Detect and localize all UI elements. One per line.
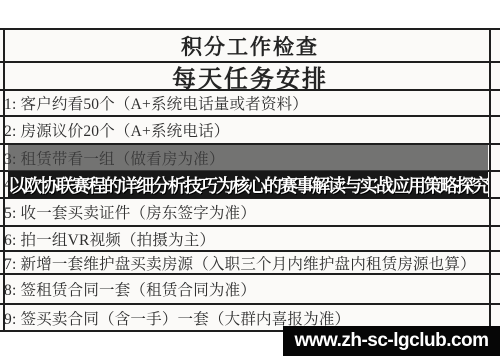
table-row: 2: 房源议价20个（A+系统电话） [0, 117, 500, 145]
table-row: 8: 签租赁合同一套（租赁合同为准） [0, 275, 500, 305]
table-subtitle-row: 每天任务安排 [0, 63, 500, 91]
center-watermark-overlay: 以欧协联赛程的详细分析技巧为核心的赛事解读与实战应用策略探究 [8, 145, 488, 198]
headline-banner-text: 以欧协联赛程的详细分析技巧为核心的赛事解读与实战应用策略探究 [8, 172, 488, 198]
table-border-left [3, 30, 5, 332]
screenshot-root: 积分工作检查 每天任务安排 1: 客户约看50个（A+系统电话量或者资料） 2:… [0, 0, 500, 362]
table-row: 7: 新增一套维护盘买卖房源（入职三个月内维护盘内租赁房源也算） [0, 252, 500, 275]
gray-overlay-strip [8, 145, 488, 171]
task-text: 8: 签租赁合同一套（租赁合同为准） [4, 278, 256, 300]
site-watermark-text: www.zh-sc-lgclub.com [294, 330, 488, 352]
table-title: 积分工作检查 [181, 31, 319, 61]
site-watermark-bar: www.zh-sc-lgclub.com [283, 326, 500, 356]
task-text: 2: 房源议价20个（A+系统电话） [4, 119, 229, 141]
task-text: 5: 收一套买卖证件（房东签字为准） [4, 201, 256, 223]
task-text: 6: 拍一组VR视频（拍摄为主） [4, 228, 215, 250]
table-row: 6: 拍一组VR视频（拍摄为主） [0, 227, 500, 252]
table-subtitle: 每天任务安排 [172, 63, 328, 91]
task-text: 1: 客户约看50个（A+系统电话量或者资料） [4, 92, 308, 114]
table-border-right [489, 30, 491, 332]
task-text: 7: 新增一套维护盘买卖房源（入职三个月内维护盘内租赁房源也算） [4, 252, 476, 274]
table-row: 1: 客户约看50个（A+系统电话量或者资料） [0, 91, 500, 117]
table-title-row: 积分工作检查 [0, 30, 500, 63]
table-row: 5: 收一套买卖证件（房东签字为准） [0, 199, 500, 227]
headline-banner: 以欧协联赛程的详细分析技巧为核心的赛事解读与实战应用策略探究 [8, 171, 488, 198]
